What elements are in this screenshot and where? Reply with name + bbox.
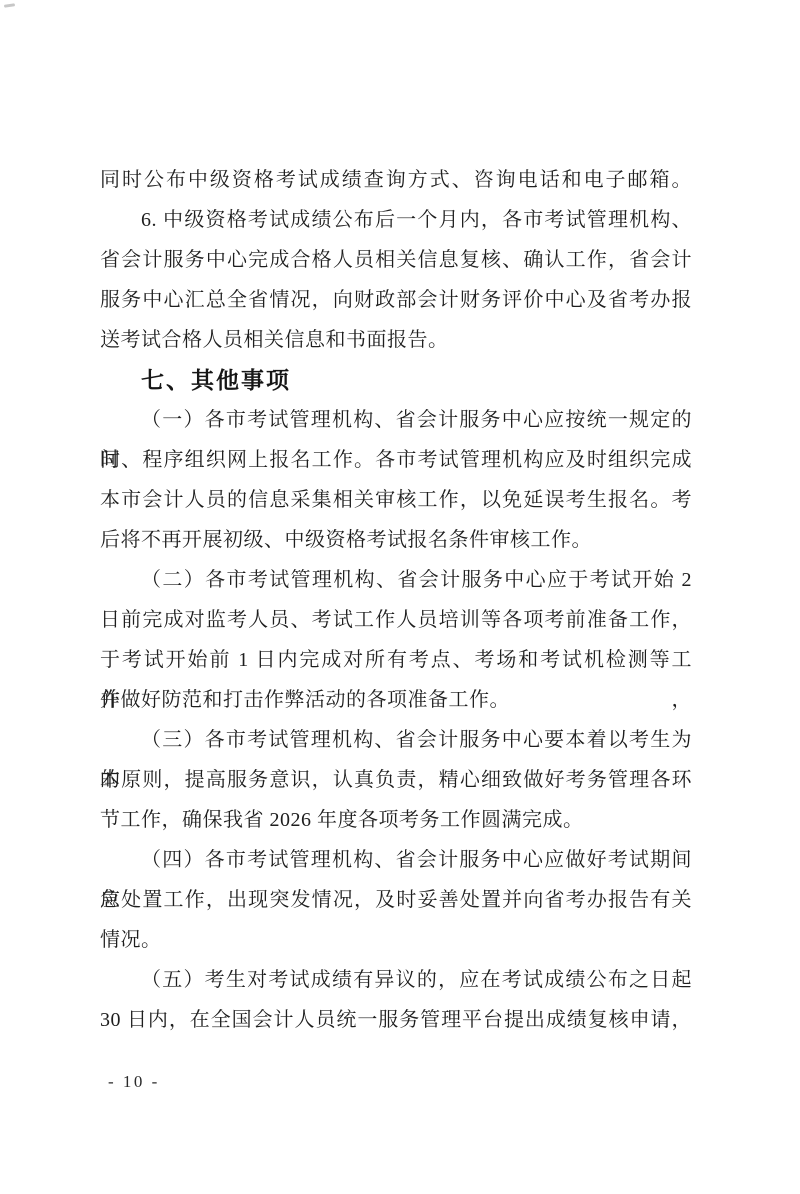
text-line: 日前完成对监考人员、考试工作人员培训等各项考前准备工作， <box>100 600 692 640</box>
text-line: （四）各市考试管理机构、省会计服务中心应做好考试期间应 <box>100 840 692 880</box>
text-line: 后将不再开展初级、中级资格考试报名条件审核工作。 <box>100 520 692 560</box>
text-line: 30 日内，在全国会计人员统一服务管理平台提出成绩复核申请， <box>100 1000 692 1040</box>
text-line: 服务中心汇总全省情况，向财政部会计财务评价中心及省考办报 <box>100 280 692 320</box>
text-line: 省会计服务中心完成合格人员相关信息复核、确认工作，省会计 <box>100 240 692 280</box>
text-line: （三）各市考试管理机构、省会计服务中心要本着以考生为本 <box>100 720 692 760</box>
text-line: 送考试合格人员相关信息和书面报告。 <box>100 320 692 360</box>
document-body: 同时公布中级资格考试成绩查询方式、咨询电话和电子邮箱。6. 中级资格考试成绩公布… <box>100 160 692 1040</box>
text-line: 的原则，提高服务意识，认真负责，精心细致做好考务管理各环 <box>100 760 692 800</box>
text-line: 节工作，确保我省 2026 年度各项考务工作圆满完成。 <box>100 800 692 840</box>
text-line: 急处置工作，出现突发情况，及时妥善处置并向省考办报告有关 <box>100 880 692 920</box>
text-line: 情况。 <box>100 920 692 960</box>
text-line: 同时公布中级资格考试成绩查询方式、咨询电话和电子邮箱。 <box>100 160 692 200</box>
text-line: （五）考生对考试成绩有异议的，应在考试成绩公布之日起 <box>100 960 692 1000</box>
scan-artifact <box>4 3 15 8</box>
document-page: 同时公布中级资格考试成绩查询方式、咨询电话和电子邮箱。6. 中级资格考试成绩公布… <box>0 0 800 1194</box>
text-line: 本市会计人员的信息采集相关审核工作，以免延误考生报名。考 <box>100 480 692 520</box>
text-line: 于考试开始前 1 日内完成对所有考点、考场和考试机检测等工作， <box>100 640 692 680</box>
text-line: 6. 中级资格考试成绩公布后一个月内，各市考试管理机构、 <box>100 200 692 240</box>
text-line: （二）各市考试管理机构、省会计服务中心应于考试开始 2 <box>100 560 692 600</box>
text-line: 间、程序组织网上报名工作。各市考试管理机构应及时组织完成 <box>100 440 692 480</box>
text-line: （一）各市考试管理机构、省会计服务中心应按统一规定的时 <box>100 400 692 440</box>
section-heading: 七、其他事项 <box>100 360 692 400</box>
page-number: - 10 - <box>108 1072 160 1092</box>
